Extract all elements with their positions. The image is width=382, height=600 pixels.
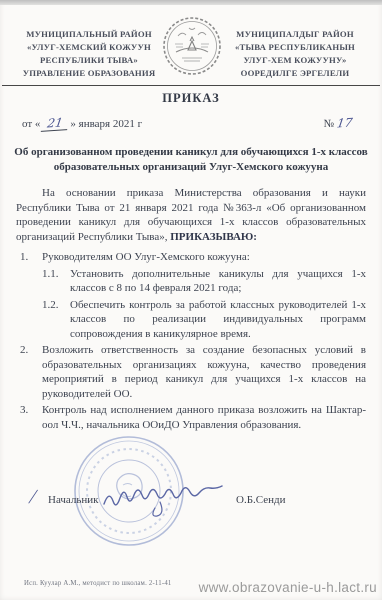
letterhead-right-line: ООРЕДИЛГЕ ЭРГЕЛЕЛИ [222,67,368,80]
letterhead-left-line: «УЛУГ-ХЕМСКИЙ КОЖУУН [16,41,162,54]
order-subject: Об организованном проведении каникул для… [10,145,372,175]
list-item: 2. Возложить ответственность за создание… [20,343,366,401]
item-text: Обеспечить контроль за работой классных … [70,298,366,342]
letterhead-right-block: МУНИЦИПАЛДЫГ РАЙОН «ТЫВА РЕСПУБЛИКАНЫН У… [222,28,368,80]
number-field: № 17 [323,116,352,131]
scanned-order-document: МУНИЦИПАЛЬНЫЙ РАЙОН «УЛУГ-ХЕМСКИЙ КОЖУУН… [0,0,382,600]
item-text: Установить дополнительные каникулы для у… [70,267,366,296]
letterhead-right-line: УЛУГ-ХЕМ КОЖУУНУ» [222,54,368,67]
letterhead-right-line: МУНИЦИПАЛДЫГ РАЙОН [222,28,368,41]
coat-of-arms-emblem-icon [162,16,222,76]
item-text: Возложить ответственность за создание бе… [42,343,366,401]
order-items: 1. Руководителям ОО Улуг-Хемского кожуун… [20,250,366,432]
handwritten-day: 21 [41,115,69,132]
handwritten-number: 17 [336,115,353,130]
item-marker: 1.2. [42,298,70,342]
date-field: от «21» января 2021 г [22,116,142,131]
order-heading: ПРИКАЗ [0,91,382,106]
list-item: 3. Контроль над исполнением данного прик… [20,403,366,432]
decree-word: ПРИКАЗЫВАЮ: [170,231,257,243]
letterhead-left-line: УПРАВЛЕНИЕ ОБРАЗОВАНИЯ [16,67,162,80]
letterhead-left-line: РЕСПУБЛИКИ ТЫВА» [16,54,162,67]
list-subitem: 1.2. Обеспечить контроль за работой клас… [42,298,366,342]
item-text: Контроль над исполнением данного приказа… [42,403,366,432]
letterhead-right-line: «ТЫВА РЕСПУБЛИКАНЫН [222,41,368,54]
item-marker: 2. [20,343,42,401]
dateline: от «21» января 2021 г № 17 [22,116,352,131]
list-item: 1. Руководителям ОО Улуг-Хемского кожуун… [20,250,366,265]
handwritten-slash: / [26,486,39,509]
item-marker: 3. [20,403,42,432]
signature-role: Начальник [48,494,99,506]
item-marker: 1.1. [42,267,70,296]
list-subitem: 1.1. Установить дополнительные каникулы … [42,267,366,296]
executor-line: Исп. Куулар А.М., методист по школам. 2-… [24,580,172,587]
signature-zone: / Начальник О.Б.Сенди [0,448,382,578]
number-sign: № [323,118,334,130]
handwritten-signature-icon [102,478,232,523]
date-prefix: от « [22,118,40,130]
preamble: На основании приказа Министерства образо… [16,186,366,244]
signature-name: О.Б.Сенди [236,494,285,506]
letterhead-left-block: МУНИЦИПАЛЬНЫЙ РАЙОН «УЛУГ-ХЕМСКИЙ КОЖУУН… [16,28,162,80]
item-marker: 1. [20,250,42,265]
letterhead: МУНИЦИПАЛЬНЫЙ РАЙОН «УЛУГ-ХЕМСКИЙ КОЖУУН… [0,5,382,80]
letterhead-divider [2,85,380,86]
date-suffix: » января 2021 г [70,118,142,130]
item-text: Руководителям ОО Улуг-Хемского кожууна: [42,250,366,265]
watermark-url: www.obrazovanie-u-h.lact.ru [199,580,377,595]
letterhead-left-line: МУНИЦИПАЛЬНЫЙ РАЙОН [16,28,162,41]
